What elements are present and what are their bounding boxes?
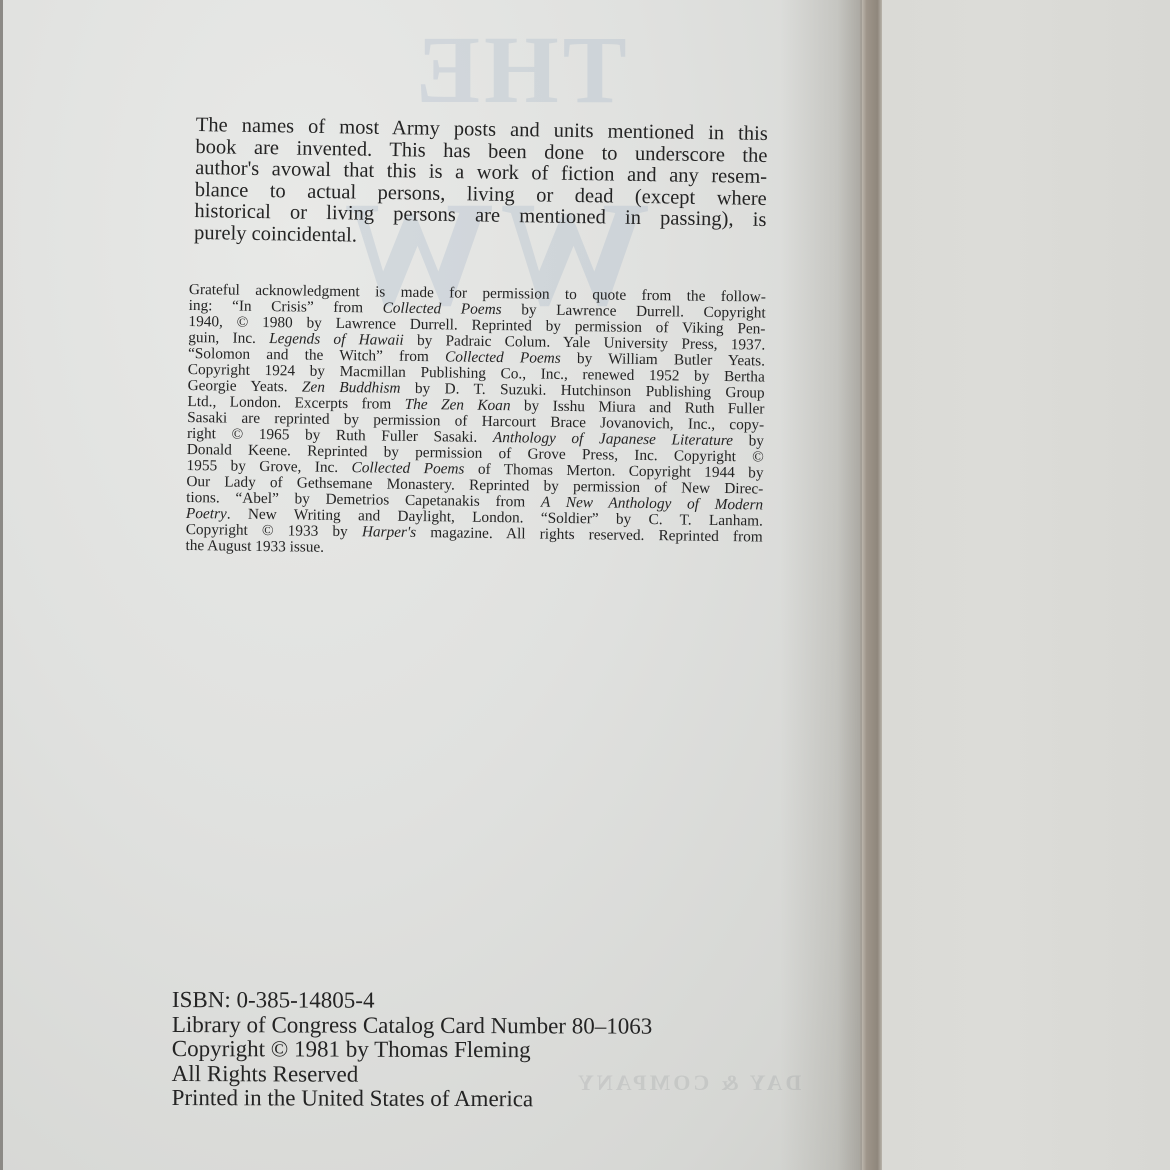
show-through-title: THE	[412, 14, 627, 125]
isbn: ISBN: 0-385-14805-4	[172, 988, 652, 1014]
printed-in: Printed in the United States of America	[172, 1086, 652, 1112]
lccn: Library of Congress Catalog Card Number …	[172, 1012, 652, 1038]
book-page-edges	[860, 0, 882, 1170]
background-surface	[880, 0, 1170, 1170]
work-title: Poetry	[186, 505, 227, 523]
fiction-disclaimer: The names of most Army posts and units m…	[194, 115, 768, 253]
permissions-acknowledgment: Grateful acknowledgment is made for perm…	[185, 282, 766, 562]
rights-notice: All Rights Reserved	[172, 1061, 652, 1087]
copyright-imprint: ISBN: 0-385-14805-4 Library of Congress …	[172, 988, 653, 1112]
book-page: THE WW DAY & COMPANY The names of most A…	[0, 0, 860, 1170]
page-edge-shadow	[780, 0, 862, 1170]
copyright-notice: Copyright © 1981 by Thomas Fleming	[172, 1037, 652, 1063]
work-title: Harper's	[362, 523, 416, 541]
